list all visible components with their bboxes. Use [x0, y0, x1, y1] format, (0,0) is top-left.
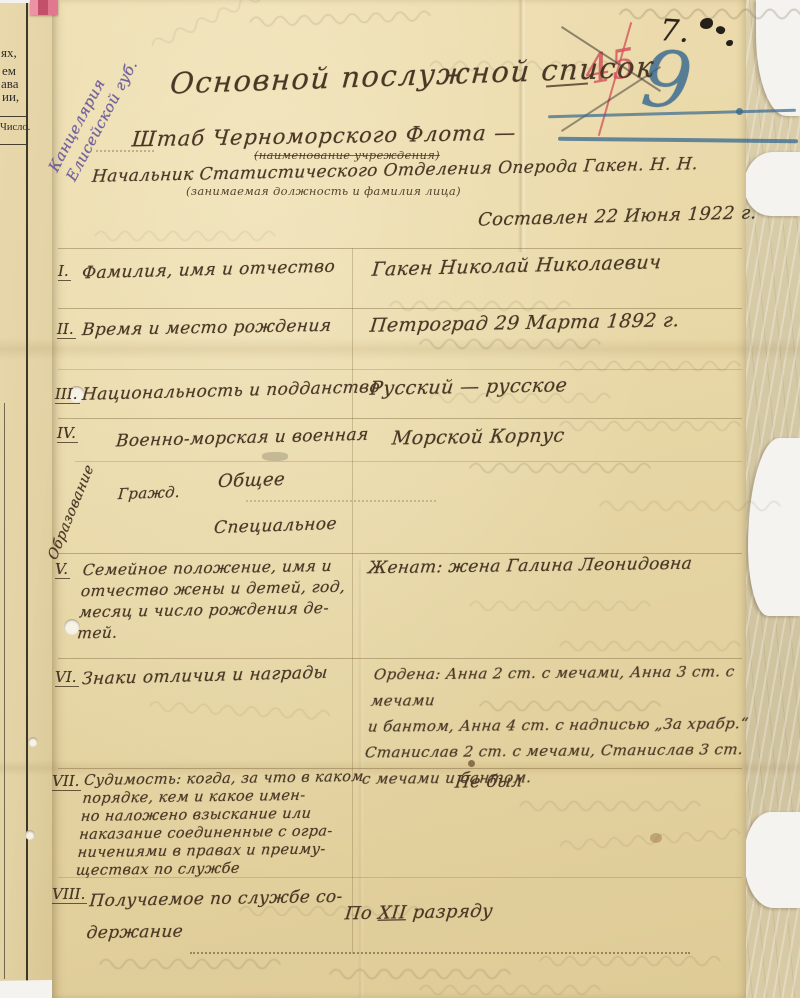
row-answer: Не был — [454, 771, 524, 792]
row-answer: По XII разряду — [344, 880, 496, 925]
torn-edge-patch — [744, 812, 800, 908]
pink-archive-tab — [30, 0, 58, 15]
row-question: Общее — [217, 469, 286, 492]
official-caption: (занимаемая должность и фамилия лица) — [186, 184, 461, 198]
paper-fold-band — [0, 338, 800, 360]
dotted-leader — [96, 150, 154, 152]
stain-spot — [650, 833, 662, 843]
row-answer: Русский — русское — [369, 374, 569, 399]
dotted-rule — [190, 952, 690, 954]
row-sub-prefix: Гражд. — [117, 483, 180, 503]
row-number: IV. — [57, 424, 78, 443]
printed-fragment: ии, — [2, 89, 19, 105]
row-number: VII. — [52, 772, 81, 791]
answer-part: По — [344, 903, 380, 925]
row-answer: Ордена: Анна 2 ст. с мечами, Анна 3 ст. … — [361, 658, 766, 792]
row-number: II. — [57, 320, 76, 339]
row-number: I. — [58, 262, 71, 281]
punch-hole — [25, 830, 35, 840]
row-number: VI. — [55, 668, 79, 687]
table-rule — [58, 248, 742, 249]
dotted-leader — [246, 500, 436, 502]
answer-part-underlined: XII — [377, 902, 407, 924]
table-rule — [58, 308, 742, 309]
row-question: Получаемое по службе со- держание — [85, 881, 344, 950]
printed-rule — [0, 144, 26, 145]
printed-fragment: ях, — [1, 45, 17, 61]
printed-table-border — [4, 403, 5, 979]
row-question: Судимость: когда, за что в каком порядке… — [75, 768, 364, 880]
punch-hole — [28, 737, 38, 747]
table-rule — [75, 461, 742, 462]
table-rule — [58, 369, 742, 370]
scanned-document: { "page": { "archive_note": "Канцелярия\… — [0, 0, 800, 998]
answer-part: разряду — [406, 901, 494, 924]
row-answer: Морской Корпус — [391, 424, 566, 449]
printed-rule — [0, 116, 26, 117]
row-number: V. — [55, 560, 70, 579]
printed-fragment: Число. — [0, 122, 30, 133]
row-number: VIII. — [52, 885, 87, 904]
row-question: Семейное положение, имя и отчество жены … — [76, 556, 348, 645]
blue-dot — [736, 108, 743, 115]
row-number: III. — [55, 385, 80, 404]
table-rule — [58, 418, 742, 419]
smudge — [262, 452, 288, 461]
